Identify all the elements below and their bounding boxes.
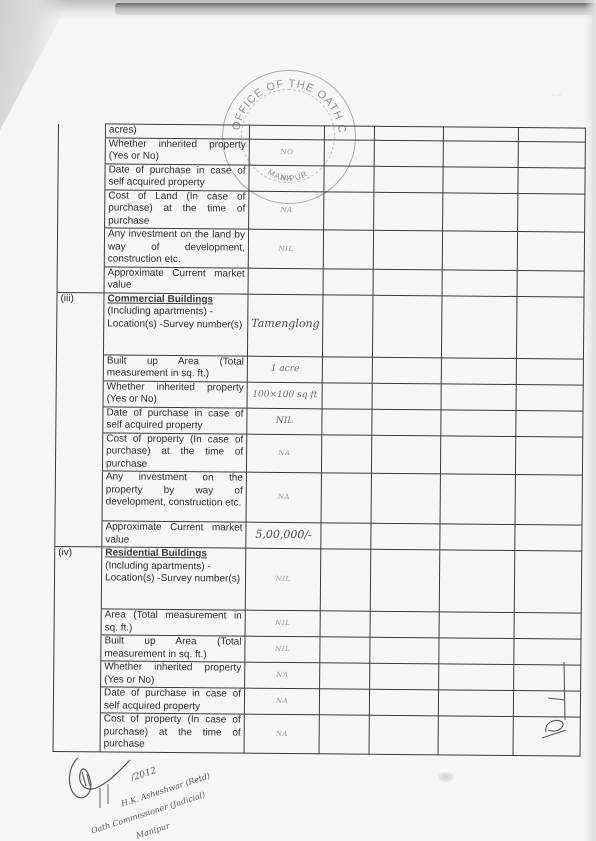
field-description-cell: Cost of property (In case of purchase) a… — [102, 432, 246, 472]
handwritten-value: 5,00,000/- — [255, 527, 312, 540]
empty-cell-3 — [443, 231, 518, 270]
field-description-cell: Built up Area (Total measurement in sq. … — [103, 354, 247, 381]
empty-cell-1 — [320, 637, 370, 663]
handwritten-value-cell — [248, 268, 324, 295]
empty-cell-2 — [374, 192, 443, 231]
empty-cell-2 — [373, 295, 443, 358]
field-description: Date of purchase in case of self acquire… — [108, 164, 245, 190]
handwritten-value-cell: NIL — [248, 229, 324, 268]
empty-cell-2 — [370, 689, 439, 716]
field-description-cell: Approximate Current market value — [104, 266, 248, 293]
field-description-cell: Any investment on the property by way of… — [102, 471, 246, 522]
field-description-cell: Cost of Land (In case of purchase) at th… — [105, 189, 249, 229]
handwritten-value-cell — [249, 125, 324, 139]
field-description-cell: Whether inherited property (Yes or No) — [103, 380, 247, 407]
item-number-cell — [54, 660, 101, 686]
empty-cell-2 — [370, 611, 439, 638]
table-row: Date of purchase in case of self acquire… — [58, 163, 586, 194]
field-description: Whether inherited property (Yes or No) — [104, 661, 241, 687]
handwritten-value: 1 acre — [271, 364, 300, 374]
handwritten-value-cell: NA — [246, 434, 322, 473]
handwritten-value-cell: NIL — [245, 636, 321, 663]
handwritten-value-cell: NO — [249, 139, 325, 166]
item-number-cell — [53, 712, 100, 751]
item-number-cell — [56, 406, 103, 432]
empty-cell-1 — [322, 434, 372, 473]
empty-cell-4 — [516, 384, 583, 411]
field-description-cell: Whether inherited property (Yes or No) — [101, 661, 245, 688]
field-description-cell: Date of purchase in case of self acquire… — [105, 163, 249, 190]
field-description: (Including apartments) -Location(s) -Sur… — [105, 560, 242, 586]
empty-cell-1 — [321, 549, 372, 611]
empty-cell-1 — [323, 356, 373, 382]
field-description-cell: Commercial Buildings(Including apartment… — [103, 292, 248, 355]
oath-commissioner-signature: /2012 H.K. Asheshwar (Retd) Oath Commiss… — [60, 752, 230, 832]
empty-cell-3 — [439, 664, 514, 691]
empty-cell-1 — [321, 523, 371, 549]
handwritten-value: NA — [276, 729, 288, 737]
empty-cell-3 — [442, 357, 517, 384]
empty-cell-2 — [375, 140, 444, 167]
handwritten-value: NIL — [279, 244, 294, 252]
table-row: Cost of property (In case of purchase) a… — [53, 712, 581, 755]
signatory-place: Manipur — [135, 821, 171, 840]
handwritten-value: NA — [281, 174, 293, 182]
asset-declaration-table: acres)Whether inherited property (Yes or… — [53, 123, 587, 756]
item-number-cell — [55, 432, 102, 471]
field-description-cell: Approximate Current market value — [102, 521, 246, 548]
item-number-cell — [55, 470, 102, 520]
field-description-cell: Whether inherited property (Yes or No) — [105, 137, 249, 164]
empty-cell-4 — [518, 167, 585, 194]
table-row: Cost of Land (In case of purchase) at th… — [58, 189, 586, 232]
empty-cell-2 — [371, 473, 440, 524]
empty-cell-3 — [441, 409, 516, 436]
empty-cell-3 — [440, 524, 515, 551]
field-description-cell: Built up Area (Total measurement in sq. … — [101, 635, 245, 662]
section-title: Commercial Buildings — [107, 293, 244, 307]
table-row: Whether inherited property (Yes or No)10… — [56, 380, 584, 411]
item-number-cell — [58, 137, 105, 163]
scanner-lid-shadow — [115, 3, 596, 15]
empty-cell-4 — [515, 475, 582, 526]
scan-left-fold — [0, 0, 70, 130]
empty-cell-1 — [324, 191, 374, 230]
field-description-cell: acres) — [105, 124, 249, 139]
empty-cell-2 — [373, 357, 442, 384]
item-number-cell — [57, 266, 104, 292]
empty-cell-2 — [371, 523, 440, 550]
empty-cell-3 — [444, 140, 519, 167]
empty-cell-1 — [324, 165, 374, 191]
handwritten-value-cell: NA — [249, 191, 325, 230]
empty-cell-3 — [442, 269, 517, 296]
handwritten-value: NA — [276, 697, 288, 705]
empty-cell-3 — [442, 295, 518, 358]
handwritten-value-cell: 100×100 sq ft — [247, 382, 323, 409]
empty-cell-4 — [517, 270, 584, 297]
field-description: Date of purchase in case of self acquire… — [106, 407, 243, 433]
empty-cell-4 — [516, 436, 583, 475]
handwritten-value-cell: NA — [249, 165, 325, 192]
field-description-cell: Residential Buildings(Including apartmen… — [101, 547, 246, 610]
field-description: Approximate Current market value — [105, 521, 242, 547]
scan-right-edge — [584, 0, 596, 841]
item-number-cell — [54, 608, 101, 634]
field-description: Date of purchase in case of self acquire… — [104, 687, 241, 713]
field-description-cell: Cost of property (In case of purchase) a… — [100, 713, 244, 753]
item-number-cell: (iii) — [56, 292, 104, 354]
handwritten-value: NA — [280, 206, 292, 214]
empty-cell-3 — [439, 690, 514, 717]
section-title: Residential Buildings — [105, 547, 242, 561]
table-row: (iii)Commercial Buildings(Including apar… — [56, 292, 584, 359]
empty-cell-1 — [323, 268, 373, 294]
item-number-cell — [56, 354, 103, 380]
ink-smudge — [438, 772, 454, 782]
empty-cell-1 — [324, 230, 374, 269]
table-row: Whether inherited property (Yes or No)NA — [54, 660, 582, 691]
empty-cell-1 — [325, 126, 375, 140]
handwritten-value: 100×100 sq ft — [252, 389, 317, 400]
field-description: (Including apartments) -Location(s) -Sur… — [107, 305, 244, 331]
item-number-cell — [57, 228, 104, 267]
empty-cell-4 — [519, 128, 586, 142]
empty-cell-2 — [370, 663, 439, 690]
empty-cell-3 — [440, 550, 516, 613]
empty-cell-4 — [518, 193, 585, 232]
field-description: Cost of property (In case of purchase) a… — [104, 713, 241, 752]
empty-cell-4 — [518, 232, 585, 271]
handwritten-value: NA — [276, 671, 288, 679]
empty-cell-2 — [375, 126, 444, 140]
handwritten-value: NIL — [275, 619, 290, 627]
field-description: Approximate Current market value — [108, 267, 245, 293]
handwritten-value-cell: 1 acre — [247, 356, 323, 383]
page-mark: ~·~ — [552, 93, 561, 99]
field-description-cell: Any investment on the land by way of dev… — [104, 228, 248, 268]
table-row: Any investment on the property by way of… — [55, 470, 583, 525]
field-description: Built up Area (Total measurement in sq. … — [104, 635, 241, 661]
handwritten-value-cell: NIL — [247, 408, 323, 435]
empty-cell-3 — [443, 166, 518, 193]
empty-cell-2 — [374, 230, 443, 269]
empty-cell-1 — [320, 611, 370, 637]
empty-cell-2 — [372, 383, 441, 410]
empty-cell-2 — [373, 269, 442, 296]
table-row: Built up Area (Total measurement in sq. … — [54, 634, 582, 665]
empty-cell-1 — [320, 689, 370, 715]
empty-cell-4 — [517, 296, 585, 359]
empty-cell-4 — [516, 410, 583, 437]
empty-cell-1 — [322, 382, 372, 408]
field-description: Whether inherited property (Yes or No) — [109, 138, 246, 164]
empty-cell-2 — [371, 549, 441, 612]
field-description: Cost of property (In case of purchase) a… — [106, 433, 243, 472]
handwritten-value: NA — [278, 449, 290, 457]
empty-cell-3 — [438, 716, 513, 755]
field-description: Built up Area (Total measurement in sq. … — [107, 355, 244, 381]
handwritten-value-cell: NA — [245, 662, 321, 689]
handwritten-value-cell: NA — [246, 472, 322, 523]
handwritten-value-cell: NA — [244, 714, 320, 753]
empty-cell-4 — [517, 358, 584, 385]
empty-cell-4 — [514, 613, 581, 640]
item-number-cell — [58, 163, 105, 189]
field-description: Whether inherited property (Yes or No) — [107, 381, 244, 407]
item-number: (iii) — [60, 293, 73, 304]
item-number-cell — [56, 380, 103, 406]
empty-cell-3 — [440, 474, 515, 525]
handwritten-value-cell: NA — [244, 688, 320, 715]
item-number: (iv) — [58, 547, 72, 558]
handwritten-value-cell: Tamenglong — [247, 294, 323, 357]
empty-cell-3 — [441, 435, 516, 474]
field-description-cell: Date of purchase in case of self acquire… — [103, 406, 247, 433]
table-row: Date of purchase in case of self acquire… — [53, 686, 581, 717]
handwritten-value: Tamenglong — [251, 317, 319, 331]
empty-cell-2 — [374, 166, 443, 193]
handwritten-value-cell: NIL — [245, 548, 321, 611]
empty-cell-3 — [443, 192, 518, 231]
empty-cell-2 — [372, 409, 441, 436]
empty-cell-1 — [319, 715, 369, 754]
handwritten-value: NA — [278, 493, 290, 501]
item-number-cell: (iv) — [54, 546, 102, 608]
field-description-cell: Date of purchase in case of self acquire… — [100, 687, 244, 714]
empty-cell-4 — [515, 551, 583, 614]
field-description: Area (Total measurement in sq. ft.) — [105, 609, 242, 635]
empty-cell-1 — [321, 473, 371, 523]
item-number-cell — [55, 520, 102, 546]
field-description: Cost of Land (In case of purchase) at th… — [108, 190, 245, 229]
field-description-cell: Area (Total measurement in sq. ft.) — [101, 609, 245, 636]
table-row: Cost of property (In case of purchase) a… — [55, 432, 583, 475]
empty-cell-4 — [519, 141, 586, 168]
table-row: Built up Area (Total measurement in sq. … — [56, 354, 584, 385]
empty-cell-3 — [441, 383, 516, 410]
item-number-cell — [53, 686, 100, 712]
field-description: acres) — [109, 124, 246, 138]
table-row: (iv)Residential Buildings(Including apar… — [54, 546, 582, 613]
empty-cell-3 — [439, 612, 514, 639]
empty-cell-2 — [369, 715, 438, 754]
empty-cell-1 — [320, 663, 370, 689]
handwritten-value-cell: 5,00,000/- — [246, 522, 322, 549]
table-row: Whether inherited property (Yes or No)NO — [58, 137, 586, 168]
item-number-cell — [58, 189, 105, 228]
handwritten-value: NIL — [275, 645, 290, 653]
empty-cell-1 — [322, 408, 372, 434]
handwritten-value-cell: NIL — [245, 610, 321, 637]
handwritten-value: NIL — [276, 416, 294, 426]
empty-cell-1 — [325, 139, 375, 165]
handwritten-value: NIL — [276, 575, 291, 583]
empty-cell-1 — [323, 294, 374, 356]
field-description: Any investment on the property by way of… — [106, 471, 243, 510]
empty-cell-2 — [372, 435, 441, 474]
table-row: Date of purchase in case of self acquire… — [56, 406, 584, 437]
empty-cell-2 — [370, 637, 439, 664]
initials-mark-icon — [540, 660, 570, 740]
empty-cell-4 — [515, 525, 582, 552]
table-row: Any investment on the land by way of dev… — [57, 228, 585, 271]
item-number-cell — [54, 634, 101, 660]
item-number-cell — [58, 124, 105, 138]
empty-cell-3 — [444, 127, 519, 141]
handwritten-value: NO — [280, 148, 293, 156]
field-description: Any investment on the land by way of dev… — [108, 228, 245, 267]
empty-cell-3 — [439, 638, 514, 665]
